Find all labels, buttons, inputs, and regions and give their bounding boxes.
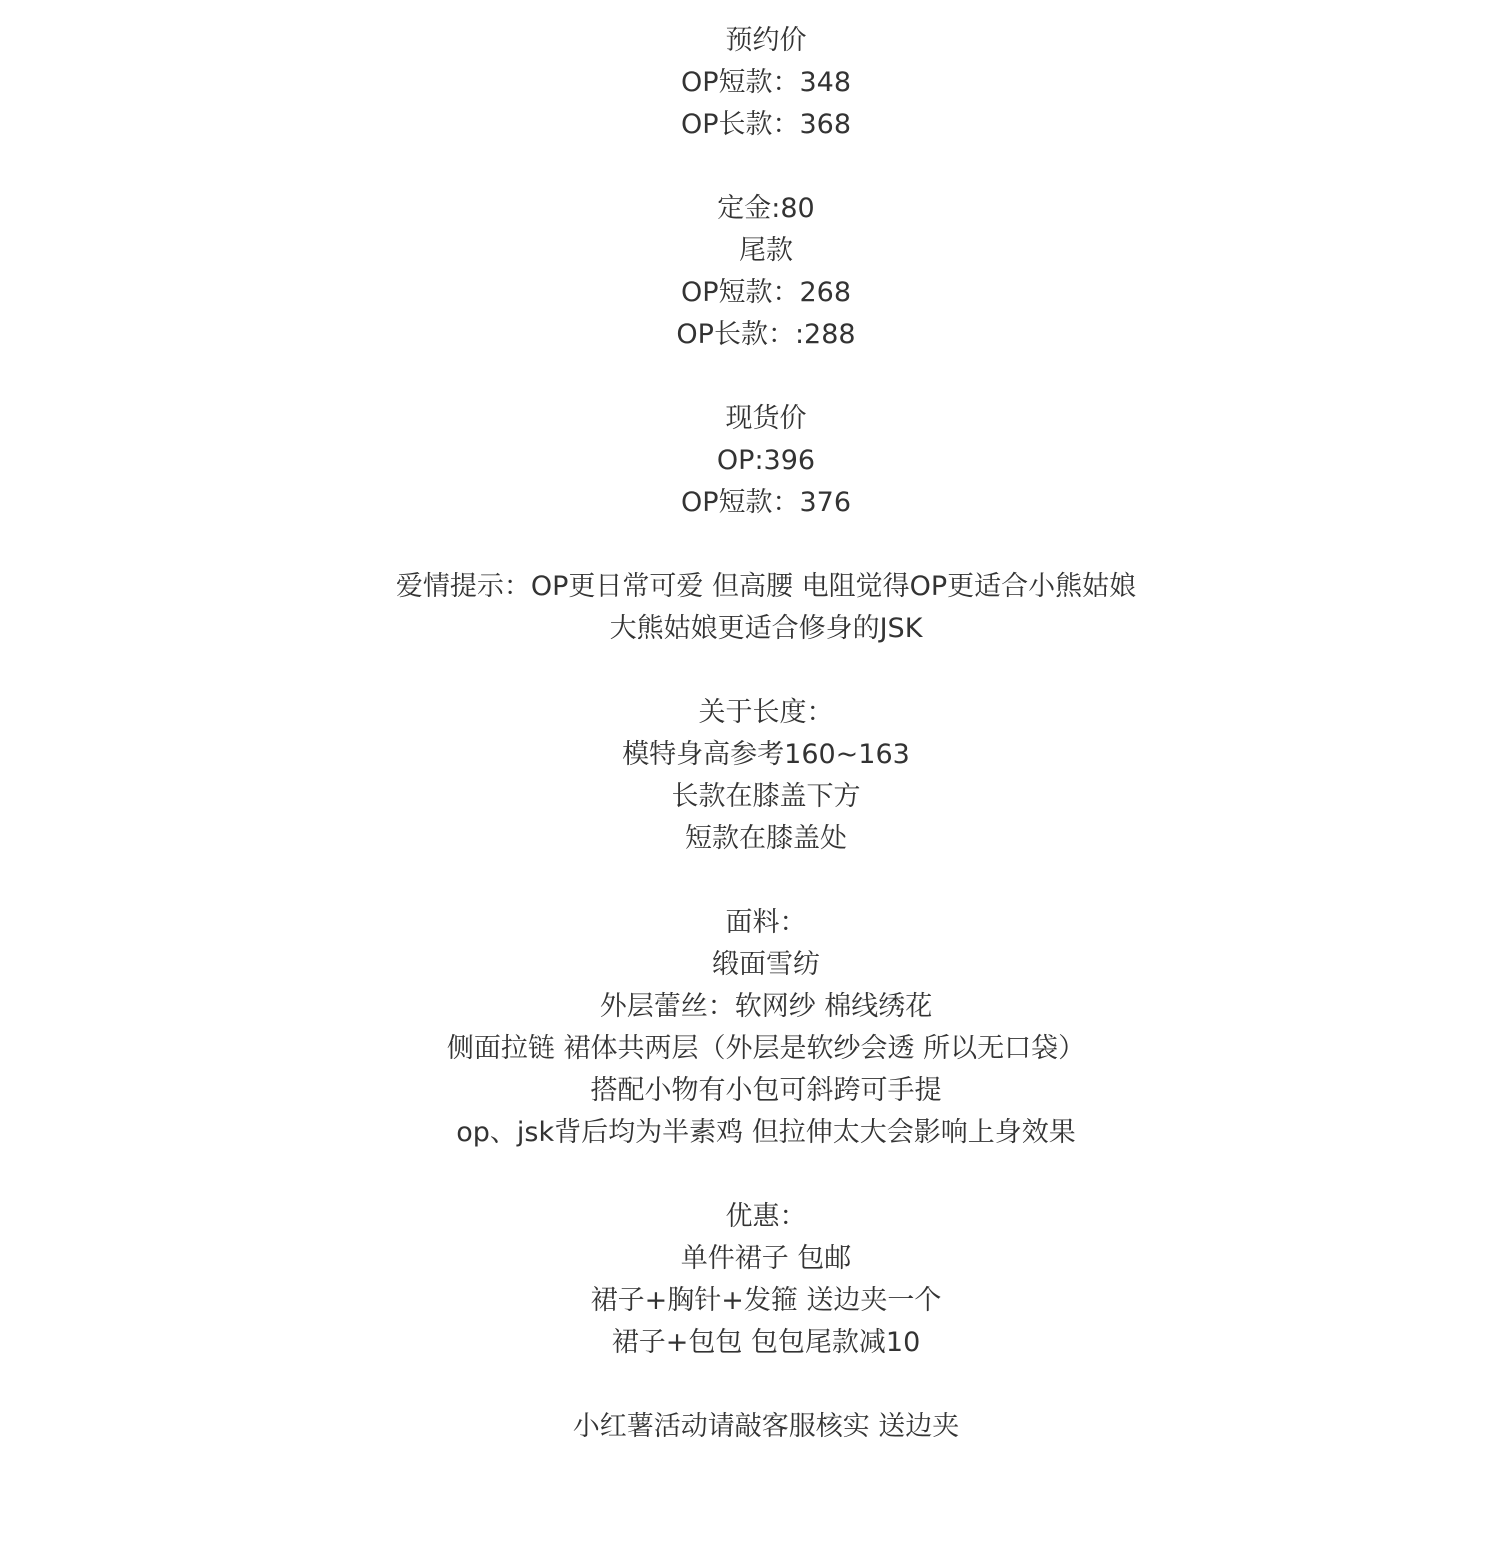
fabric-line: 缎面雪纺 (32, 944, 1500, 986)
fabric-line: 侧面拉链 裙体共两层（外层是软纱会透 所以无口袋） (32, 1028, 1500, 1070)
price-line: OP:396 (32, 440, 1500, 482)
section-fabric: 面料： 缎面雪纺 外层蕾丝：软网纱 棉线绣花 侧面拉链 裙体共两层（外层是软纱会… (32, 902, 1500, 1154)
section-xiaohongshu: 小红薯活动请敲客服核实 送边夹 (32, 1406, 1500, 1448)
section-discount: 优惠： 单件裙子 包邮 裙子+胸针+发箍 送边夹一个 裙子+包包 包包尾款减10 (32, 1196, 1500, 1364)
promo-line: 小红薯活动请敲客服核实 送边夹 (32, 1406, 1500, 1448)
tip-line: 大熊姑娘更适合修身的JSK (32, 608, 1500, 650)
price-line: OP短款：376 (32, 482, 1500, 524)
section-heading: 优惠： (32, 1196, 1500, 1238)
section-deposit-balance: 定金:80 尾款 OP短款：268 OP长款：:288 (32, 188, 1500, 356)
tip-line: 爱情提示：OP更日常可爱 但高腰 电阻觉得OP更适合小熊姑娘 (32, 566, 1500, 608)
section-heading: 现货价 (32, 398, 1500, 440)
fabric-line: 搭配小物有小包可斜跨可手提 (32, 1070, 1500, 1112)
spacer (32, 356, 1500, 398)
section-heading: 预约价 (32, 20, 1500, 62)
section-heading: 面料： (32, 902, 1500, 944)
length-line: 短款在膝盖处 (32, 818, 1500, 860)
section-heading: 尾款 (32, 230, 1500, 272)
spacer (32, 524, 1500, 566)
price-line: OP长款：:288 (32, 314, 1500, 356)
spacer (32, 860, 1500, 902)
spacer (32, 146, 1500, 188)
product-description: 预约价 OP短款：348 OP长款：368 定金:80 尾款 OP短款：268 … (32, 20, 1500, 1448)
spacer (32, 650, 1500, 692)
price-line: OP短款：348 (32, 62, 1500, 104)
fabric-line: op、jsk背后均为半素鸡 但拉伸太大会影响上身效果 (32, 1112, 1500, 1154)
price-line: OP短款：268 (32, 272, 1500, 314)
length-line: 长款在膝盖下方 (32, 776, 1500, 818)
price-line: OP长款：368 (32, 104, 1500, 146)
spacer (32, 1364, 1500, 1406)
discount-line: 裙子+胸针+发箍 送边夹一个 (32, 1280, 1500, 1322)
fabric-line: 外层蕾丝：软网纱 棉线绣花 (32, 986, 1500, 1028)
discount-line: 裙子+包包 包包尾款减10 (32, 1322, 1500, 1364)
spacer (32, 1154, 1500, 1196)
section-in-stock-price: 现货价 OP:396 OP短款：376 (32, 398, 1500, 524)
section-heading: 关于长度： (32, 692, 1500, 734)
deposit-line: 定金:80 (32, 188, 1500, 230)
discount-line: 单件裙子 包邮 (32, 1238, 1500, 1280)
section-love-tip: 爱情提示：OP更日常可爱 但高腰 电阻觉得OP更适合小熊姑娘 大熊姑娘更适合修身… (32, 566, 1500, 650)
length-line: 模特身高参考160~163 (32, 734, 1500, 776)
section-preorder-price: 预约价 OP短款：348 OP长款：368 (32, 20, 1500, 146)
section-length: 关于长度： 模特身高参考160~163 长款在膝盖下方 短款在膝盖处 (32, 692, 1500, 860)
